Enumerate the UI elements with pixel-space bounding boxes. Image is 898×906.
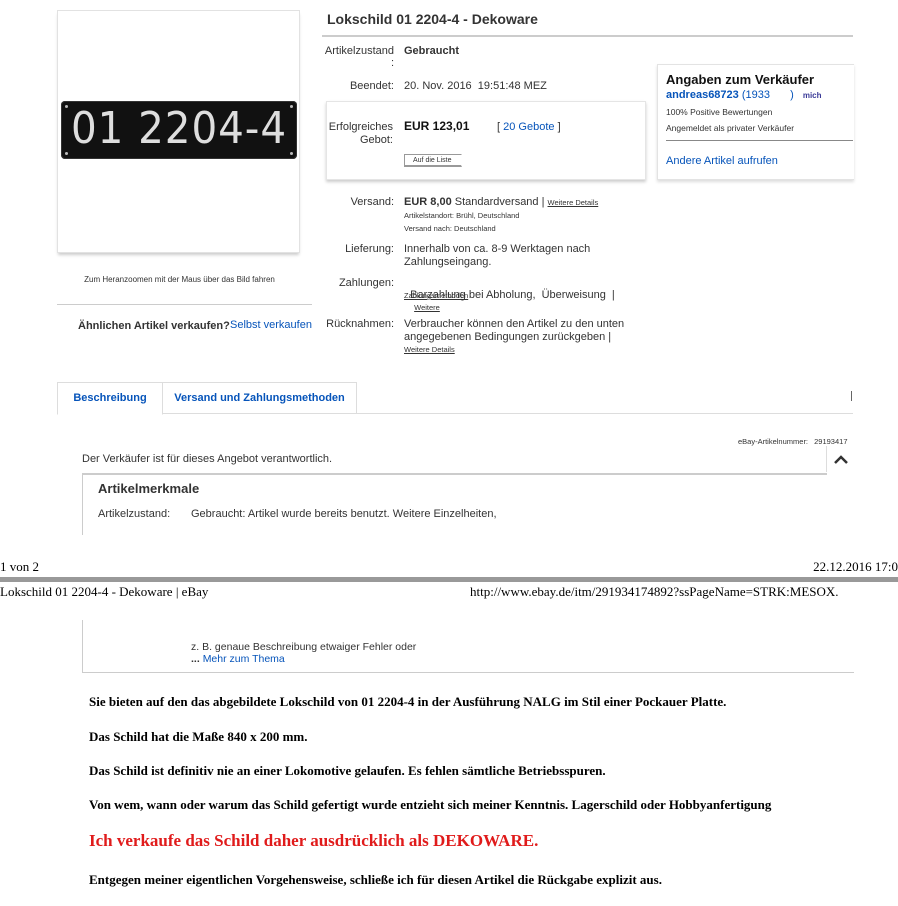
rivet	[290, 105, 293, 108]
returns-details-link[interactable]: Weitere Details	[404, 345, 455, 354]
description-warning: Ich verkaufe das Schild daher ausdrückli…	[89, 831, 538, 851]
print-document-title: Lokschild 01 2204-4 - Dekoware | eBay	[0, 584, 208, 600]
seller-heading: Angaben zum Verkäufer	[666, 72, 814, 87]
zoom-hint: Zum Heranzoomen mit der Maus über das Bi…	[57, 275, 302, 284]
print-page-number: 1 von 2	[0, 559, 39, 575]
winning-bid-label-2: Gebot:	[323, 134, 393, 146]
bid-history-link[interactable]: 20 Gebote	[503, 121, 554, 133]
title-divider	[322, 35, 853, 37]
description-paragraph: Das Schild hat die Maße 840 x 200 mm.	[89, 729, 307, 745]
returns-value: Verbraucher können den Artikel zu den un…	[404, 318, 629, 344]
positive-feedback: 100% Positive Bewertungen	[666, 107, 772, 117]
specifics-condition-label: Artikelzustand:	[98, 508, 170, 520]
payments-label: Zahlungen:	[324, 277, 394, 289]
seller-divider	[666, 140, 853, 141]
item-number-label: eBay-Artikelnummer:	[738, 437, 808, 446]
tab-shipping-payment[interactable]: Versand und Zahlungsmethoden	[162, 382, 357, 414]
collapse-button[interactable]	[826, 446, 854, 472]
payment-methods-link-2[interactable]: Zahlungsmethoden	[404, 291, 468, 300]
listing-title: Lokschild 01 2204-4 - Dekoware	[327, 11, 538, 27]
rivet	[65, 152, 68, 155]
ellipsis: ...	[191, 653, 200, 665]
ended-label: Beendet:	[324, 80, 394, 92]
print-url: http://www.ebay.de/itm/291934174892?ssPa…	[470, 584, 839, 600]
payment-methods-link[interactable]: Weitere	[414, 303, 440, 312]
seller-responsibility: Der Verkäufer ist für dieses Angebot ver…	[82, 453, 332, 465]
me-badge-icon[interactable]: mich	[803, 91, 822, 100]
item-specifics-title: Artikelmerkmale	[98, 481, 199, 496]
shipping-label: Versand:	[324, 196, 394, 208]
seller-type: Angemeldet als privater Verkäufer	[666, 123, 794, 133]
winning-bid-label: Erfolgreiches	[323, 121, 393, 133]
returns-label: Rücknahmen:	[324, 318, 394, 330]
tab-description[interactable]: Beschreibung	[57, 382, 163, 415]
bids-bracket-close: ]	[558, 121, 561, 133]
sell-similar-question: Ähnlichen Artikel verkaufen?	[78, 320, 230, 332]
ended-value: 20. Nov. 2016 19:51:48 MEZ	[404, 80, 547, 92]
rivet	[290, 152, 293, 155]
sell-yourself-link[interactable]: Selbst verkaufen	[230, 319, 312, 331]
seller-name-link[interactable]: andreas68723	[666, 89, 739, 101]
shipping-method: Standardversand |	[455, 196, 545, 208]
more-about-topic-link[interactable]: Mehr zum Thema	[203, 653, 285, 665]
print-datetime: 22.12.2016 17:0	[813, 559, 898, 575]
chevron-up-icon	[827, 446, 854, 472]
tabs-divider	[57, 413, 853, 414]
description-paragraph: Von wem, wann oder warum das Schild gefe…	[89, 797, 771, 813]
shipping-price: EUR 8,00	[404, 196, 452, 208]
item-number: 29193417	[814, 437, 847, 446]
condition-label: Artikelzustand :	[324, 45, 394, 69]
specifics-condition-value: Gebraucht: Artikel wurde bereits benutzt…	[191, 508, 497, 520]
page-break-bar	[0, 577, 898, 582]
other-items-link[interactable]: Andere Artikel aufrufen	[666, 155, 778, 167]
feedback-score-link[interactable]: (1933	[742, 89, 770, 101]
tab-scroll-marker	[851, 391, 852, 401]
description-paragraph: Sie bieten auf den das abgebildete Loksc…	[89, 694, 726, 710]
description-paragraph: Das Schild ist definitiv nie an einer Lo…	[89, 763, 606, 779]
condition-value: Gebraucht	[404, 45, 459, 57]
delivery-label: Lieferung:	[324, 243, 394, 255]
winning-bid-price: EUR 123,01	[404, 119, 469, 133]
plate-number: 01 2204-4	[70, 103, 287, 154]
description-paragraph: Entgegen meiner eigentlichen Vorgehenswe…	[89, 872, 662, 888]
divider	[57, 304, 312, 305]
bids-bracket-open: [	[497, 121, 500, 133]
delivery-value: Innerhalb von ca. 8-9 Werktagen nach Zah…	[404, 243, 599, 269]
item-location: Artikelstandort: Brühl, Deutschland	[404, 211, 519, 220]
feedback-score-close: )	[790, 89, 794, 101]
add-to-watchlist-button[interactable]: Auf die Liste	[404, 154, 462, 167]
specifics-condition-continued: z. B. genaue Beschreibung etwaiger Fehle…	[191, 641, 416, 653]
ships-to: Versand nach: Deutschland	[404, 224, 496, 233]
rivet	[65, 105, 68, 108]
shipping-details-link[interactable]: Weitere Details	[548, 198, 599, 207]
item-image[interactable]: 01 2204-4	[61, 101, 297, 159]
